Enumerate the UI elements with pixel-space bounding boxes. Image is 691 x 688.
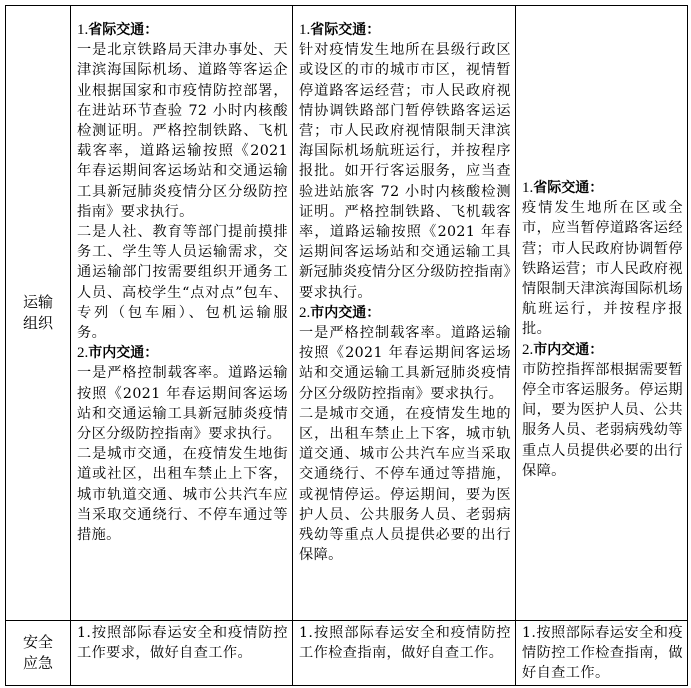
- paragraph: 二是城市交通，在疫情发生地的区，出租车禁止上下客，城市轨道交通、城市公共汽车应当…: [299, 404, 511, 566]
- cell-level-1: 1.省际交通： 一是北京铁路局天津办事处、天津滨海国际机场、道路等客运企业根据国…: [71, 6, 293, 621]
- section-heading-intercity: 1.省际交通：: [522, 178, 683, 198]
- row-label-line: 安全: [6, 632, 70, 653]
- row-label-line: 运输: [6, 292, 70, 313]
- row-label-safety-emergency: 安全 应急: [6, 621, 71, 686]
- paragraph: 一是严格控制载客率。道路运输按照《2021 年春运期间客运场站和交通运输工具新冠…: [77, 363, 288, 444]
- cell-level-2: 1.按照部际春运安全和疫情防控工作检查指南，做好自查工作。: [293, 621, 516, 686]
- table-row-safety-emergency: 安全 应急 1.按照部际春运安全和疫情防控工作要求，做好自查工作。 1.按照部际…: [6, 621, 688, 686]
- paragraph: 疫情发生地所在区或全市，应当暂停道路客运经营；市人民政府协调暂停铁路运营；市人民…: [522, 198, 683, 339]
- section-heading-intercity: 1.省际交通：: [77, 20, 288, 40]
- section-heading-city: 2.市内交通：: [299, 303, 511, 323]
- row-label-line: 组织: [6, 313, 70, 334]
- table-row-transport-organization: 运输 组织 1.省际交通： 一是北京铁路局天津办事处、天津滨海国际机场、道路等客…: [6, 6, 688, 621]
- section-heading-intercity: 1.省际交通：: [299, 20, 511, 40]
- cell-level-1: 1.按照部际春运安全和疫情防控工作要求，做好自查工作。: [71, 621, 293, 686]
- paragraph: 一是北京铁路局天津办事处、天津滨海国际机场、道路等客运企业根据国家和市疫情防控部…: [77, 40, 288, 222]
- paragraph: 市防控指挥部根据需要暂停全市客运服务。停运期间，要为医护人员、公共服务人员、老弱…: [522, 360, 683, 481]
- cell-level-3: 1.按照部际春运安全和疫情防控工作检查指南，做好自查工作。: [516, 621, 688, 686]
- cell-level-3: 1.省际交通： 疫情发生地所在区或全市，应当暂停道路客运经营；市人民政府协调暂停…: [516, 6, 688, 621]
- section-heading-city: 2.市内交通：: [77, 343, 288, 363]
- section-heading-city: 2.市内交通：: [522, 340, 683, 360]
- row-label-line: 应急: [6, 653, 70, 674]
- row-label-transport-organization: 运输 组织: [6, 6, 71, 621]
- paragraph: 1.按照部际春运安全和疫情防控工作要求，做好自查工作。: [77, 623, 288, 663]
- paragraph: 针对疫情发生地所在县级行政区或设区的市的城市市区，视情暂停道路客运经营；市人民政…: [299, 40, 511, 303]
- cell-level-2: 1.省际交通： 针对疫情发生地所在县级行政区或设区的市的城市市区，视情暂停道路客…: [293, 6, 516, 621]
- paragraph: 一是严格控制载客率。道路运输按照《2021 年春运期间客运场站和交通运输工具新冠…: [299, 323, 511, 404]
- paragraph: 1.按照部际春运安全和疫情防控工作检查指南，做好自查工作。: [522, 623, 683, 684]
- paragraph: 1.按照部际春运安全和疫情防控工作检查指南，做好自查工作。: [299, 623, 511, 663]
- measures-table: 运输 组织 1.省际交通： 一是北京铁路局天津办事处、天津滨海国际机场、道路等客…: [5, 5, 688, 686]
- paragraph: 二是城市交通，在疫情发生地街道或社区，出租车禁止上下客，城市轨道交通、城市公共汽…: [77, 444, 288, 545]
- paragraph: 二是人社、教育等部门提前摸排务工、学生等人员运输需求，交通运输部门按需要组织开通…: [77, 222, 288, 343]
